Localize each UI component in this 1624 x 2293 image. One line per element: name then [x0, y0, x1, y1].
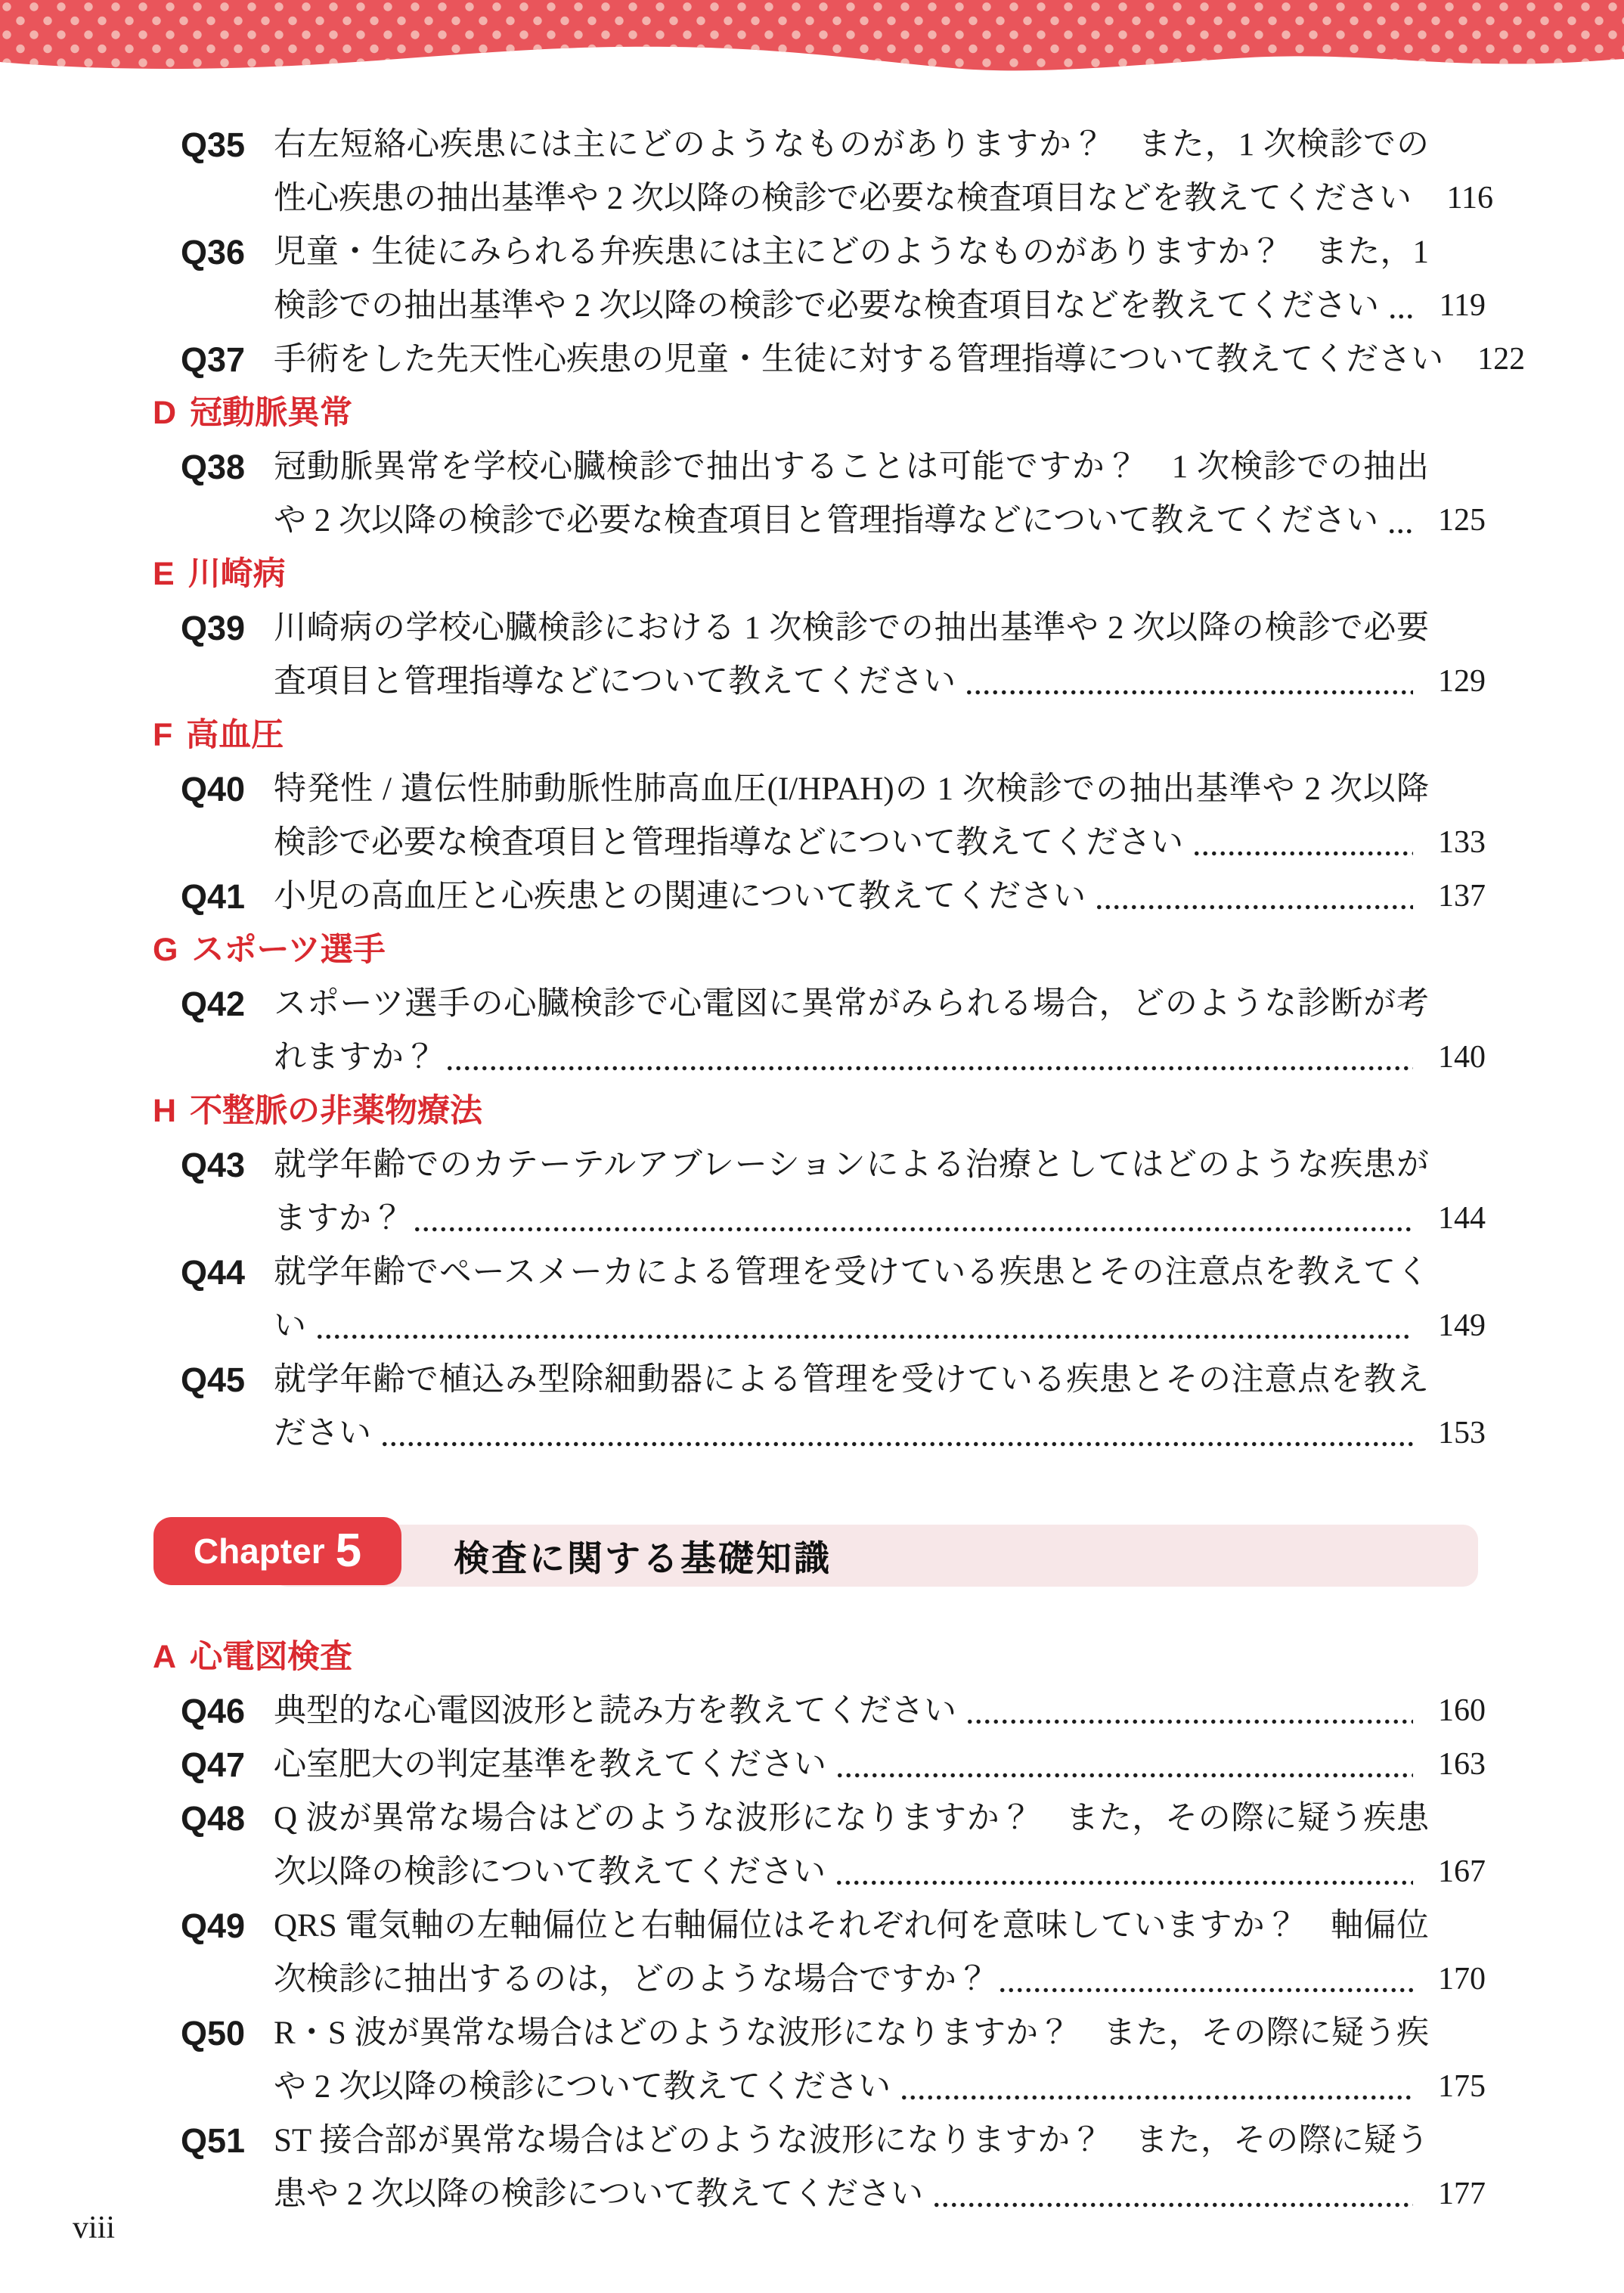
entry-text: 川崎病の学校心臓検診における 1 次検診での抽出基準や 2 次以降の検診で必要な…: [274, 601, 1429, 655]
entry-text: 検診での抽出基準や 2 次以降の検診で必要な検査項目などを教えてください: [274, 279, 1379, 333]
entry-text: Q 波が異常な場合はどのような波形になりますか？ また，その際に疑う疾患や 2: [274, 1792, 1429, 1845]
page-number: 116: [1433, 172, 1493, 225]
page-number: 160: [1425, 1684, 1486, 1738]
section-title: 高血圧: [186, 709, 284, 762]
toc-section-heading: D冠動脈異常: [0, 386, 1624, 440]
dot-leader: [380, 1441, 1413, 1447]
page-number: 175: [1425, 2060, 1486, 2114]
entry-text: や 2 次以降の検診について教えてください: [274, 2060, 891, 2114]
section-title: 心電図検査: [190, 1631, 352, 1684]
dot-leader: [1192, 851, 1413, 856]
section-letter: G: [153, 923, 178, 977]
toc-section-heading: F高血圧: [0, 709, 1624, 762]
toc-entry-q45-line-2: ださい153: [0, 1407, 1624, 1460]
section-letter: H: [153, 1084, 176, 1138]
toc-entry-q44-line-2: い149: [0, 1299, 1624, 1353]
page-number: 122: [1464, 333, 1525, 386]
page-number: 125: [1425, 494, 1486, 548]
section-title: 冠動脈異常: [190, 386, 352, 440]
page-number: 177: [1425, 2167, 1486, 2221]
page-number: 119: [1425, 279, 1486, 333]
toc-entry-q39-line-1: Q39川崎病の学校心臓検診における 1 次検診での抽出基準や 2 次以降の検診で…: [0, 601, 1624, 655]
q-label: Q45: [181, 1353, 274, 1407]
entry-text: 検診で必要な検査項目と管理指導などについて教えてください: [274, 816, 1183, 870]
dot-leader: [965, 1719, 1413, 1724]
toc-entry-q47-line-1: Q47心室肥大の判定基準を教えてください163: [0, 1738, 1624, 1792]
page-number: 149: [1425, 1299, 1486, 1353]
dot-leader: [835, 1880, 1413, 1885]
toc-entry-q45-line-1: Q45就学年齢で植込み型除細動器による管理を受けている疾患とその注意点を教えてく: [0, 1353, 1624, 1407]
entry-text: 手術をした先天性心疾患の児童・生徒に対する管理指導について教えてください: [274, 333, 1443, 386]
q-label: Q38: [181, 440, 274, 494]
page-number: 133: [1425, 816, 1486, 870]
q-label: Q35: [181, 118, 274, 172]
toc-entry-q40-line-2: 検診で必要な検査項目と管理指導などについて教えてください133: [0, 816, 1624, 870]
page-number: 167: [1425, 1845, 1486, 1899]
toc-entry-q36-line-1: Q36児童・生徒にみられる弁疾患には主にどのようなものがありますか？ また，1 …: [0, 225, 1624, 279]
toc-entry-q50-line-1: Q50R・S 波が異常な場合はどのような波形になりますか？ また，その際に疑う疾…: [0, 2006, 1624, 2060]
entry-text: 次以降の検診について教えてください: [274, 1845, 826, 1899]
q-label: Q39: [181, 601, 274, 655]
toc-entry-q43-line-1: Q43就学年齢でのカテーテルアブレーションによる治療としてはどのような疾患があり: [0, 1138, 1624, 1192]
entry-text: れますか？: [274, 1031, 436, 1084]
dot-leader: [413, 1227, 1413, 1232]
toc-entry-q41-line-1: Q41小児の高血圧と心疾患との関連について教えてください137: [0, 870, 1624, 923]
dot-leader: [1387, 529, 1413, 534]
toc-entry-q48-line-1: Q48Q 波が異常な場合はどのような波形になりますか？ また，その際に疑う疾患や…: [0, 1792, 1624, 1845]
q-label: Q44: [181, 1246, 274, 1299]
q-label: Q43: [181, 1138, 274, 1192]
q-label: Q47: [181, 1738, 274, 1792]
page-number: 144: [1425, 1192, 1486, 1246]
q-label: Q41: [181, 870, 274, 923]
dot-leader: [835, 1773, 1413, 1778]
entry-text: い: [274, 1299, 306, 1353]
entry-text: 性心疾患の抽出基準や 2 次以降の検診で必要な検査項目などを教えてください: [274, 172, 1412, 225]
q-label: Q50: [181, 2006, 274, 2060]
toc-entry-q43-line-2: ますか？144: [0, 1192, 1624, 1246]
entry-text: 査項目と管理指導などについて教えてください: [274, 655, 956, 709]
page-number: 137: [1425, 870, 1486, 923]
page-number: 163: [1425, 1738, 1486, 1792]
entry-text: スポーツ選手の心臓検診で心電図に異常がみられる場合，どのような診断が考えら: [274, 977, 1429, 1031]
page-number: 129: [1425, 655, 1486, 709]
toc-section-heading: A心電図検査: [0, 1631, 1624, 1684]
entry-text: や 2 次以降の検診で必要な検査項目と管理指導などについて教えてください: [274, 494, 1378, 548]
q-label: Q36: [181, 225, 274, 279]
chapter-badge-word: Chapter: [194, 1531, 325, 1572]
section-title: 不整脈の非薬物療法: [190, 1084, 482, 1138]
q-label: Q51: [181, 2114, 274, 2167]
entry-text: 患や 2 次以降の検診について教えてください: [274, 2167, 923, 2221]
toc-entry-q39-line-2: 査項目と管理指導などについて教えてください129: [0, 655, 1624, 709]
toc-entry-q42-line-1: Q42スポーツ選手の心臓検診で心電図に異常がみられる場合，どのような診断が考えら: [0, 977, 1624, 1031]
toc-entry-q38-line-2: や 2 次以降の検診で必要な検査項目と管理指導などについて教えてください125: [0, 494, 1624, 548]
section-title: スポーツ選手: [191, 923, 385, 977]
folio-page-number: viii: [73, 2210, 115, 2246]
toc-section-heading: Gスポーツ選手: [0, 923, 1624, 977]
section-letter: D: [153, 386, 176, 440]
entry-text: 特発性 / 遺伝性肺動脈性肺高血圧(I/HPAH)の 1 次検診での抽出基準や …: [274, 762, 1429, 816]
dot-leader: [1388, 314, 1413, 319]
band-wave-dots-overlay: [0, 0, 1624, 70]
page-number: 170: [1425, 1953, 1486, 2006]
toc-entry-q38-line-1: Q38冠動脈異常を学校心臓検診で抽出することは可能ですか？ 1 次検診での抽出基…: [0, 440, 1624, 494]
toc-entry-q36-line-2: 検診での抽出基準や 2 次以降の検診で必要な検査項目などを教えてください119: [0, 279, 1624, 333]
page-number: 153: [1425, 1407, 1486, 1460]
entry-text: 就学年齢で植込み型除細動器による管理を受けている疾患とその注意点を教えてく: [274, 1353, 1429, 1407]
toc-entry-q42-line-2: れますか？140: [0, 1031, 1624, 1084]
q-label: Q49: [181, 1899, 274, 1953]
table-of-contents: Q35右左短絡心疾患には主にどのようなものがありますか？ また，1 次検診での先…: [0, 118, 1624, 2221]
page-number: 140: [1425, 1031, 1486, 1084]
chapter-heading-block: Chapter 5 検査に関する基礎知識: [0, 1460, 1624, 1631]
toc-entry-q44-line-1: Q44就学年齢でペースメーカによる管理を受けている疾患とその注意点を教えてくださ: [0, 1246, 1624, 1299]
entry-text: 就学年齢でのカテーテルアブレーションによる治療としてはどのような疾患があり: [274, 1138, 1429, 1192]
entry-text: ますか？: [274, 1192, 404, 1246]
section-letter: A: [153, 1631, 176, 1684]
toc-entry-q35-line-2: 性心疾患の抽出基準や 2 次以降の検診で必要な検査項目などを教えてください116: [0, 172, 1624, 225]
dot-leader: [315, 1334, 1413, 1339]
dot-leader: [900, 2095, 1413, 2100]
entry-text: 児童・生徒にみられる弁疾患には主にどのようなものがありますか？ また，1 次: [274, 225, 1429, 279]
entry-text: ださい: [274, 1407, 371, 1460]
q-label: Q37: [181, 333, 274, 386]
entry-text: 就学年齢でペースメーカによる管理を受けている疾患とその注意点を教えてくださ: [274, 1246, 1429, 1299]
dot-leader: [932, 2202, 1413, 2208]
q-label: Q42: [181, 977, 274, 1031]
toc-section-heading: E川崎病: [0, 548, 1624, 601]
dot-leader: [445, 1066, 1413, 1071]
entry-text: 典型的な心電図波形と読み方を教えてください: [274, 1684, 956, 1738]
entry-text: 次検診に抽出するのは，どのような場合ですか？: [274, 1953, 989, 2006]
toc-entry-q35-line-1: Q35右左短絡心疾患には主にどのようなものがありますか？ また，1 次検診での先…: [0, 118, 1624, 172]
chapter-title: 検査に関する基礎知識: [454, 1525, 832, 1587]
q-label: Q46: [181, 1684, 274, 1738]
dot-leader: [965, 690, 1413, 695]
entry-text: 心室肥大の判定基準を教えてください: [274, 1738, 826, 1792]
section-title: 川崎病: [188, 548, 286, 601]
q-label: Q48: [181, 1792, 274, 1845]
entry-text: 小児の高血圧と心疾患との関連について教えてください: [274, 870, 1086, 923]
q-label: Q40: [181, 762, 274, 816]
polka-dot-header-band: [0, 0, 1624, 83]
toc-entry-q51-line-1: Q51ST 接合部が異常な場合はどのような波形になりますか？ また，その際に疑う…: [0, 2114, 1624, 2167]
chapter-badge-number: 5: [336, 1528, 361, 1575]
entry-text: ST 接合部が異常な場合はどのような波形になりますか？ また，その際に疑う疾: [274, 2114, 1429, 2167]
entry-text: R・S 波が異常な場合はどのような波形になりますか？ また，その際に疑う疾患: [274, 2006, 1429, 2060]
entry-text: 右左短絡心疾患には主にどのようなものがありますか？ また，1 次検診での先天: [274, 118, 1429, 172]
dot-leader: [1095, 904, 1413, 910]
toc-section-heading: H不整脈の非薬物療法: [0, 1084, 1624, 1138]
toc-entry-q50-line-2: や 2 次以降の検診について教えてください175: [0, 2060, 1624, 2114]
toc-entry-q37-line-1: Q37手術をした先天性心疾患の児童・生徒に対する管理指導について教えてください1…: [0, 333, 1624, 386]
section-letter: E: [153, 548, 175, 601]
chapter-badge: Chapter 5: [153, 1517, 401, 1585]
toc-entry-q51-line-2: 患や 2 次以降の検診について教えてください177: [0, 2167, 1624, 2221]
toc-entry-q46-line-1: Q46典型的な心電図波形と読み方を教えてください160: [0, 1684, 1624, 1738]
entry-text: QRS 電気軸の左軸偏位と右軸偏位はそれぞれ何を意味していますか？ 軸偏位で 2: [274, 1899, 1429, 1953]
book-toc-page: { "colors": { "band_red": "#e9555b", "ba…: [0, 0, 1624, 2293]
toc-entry-q40-line-1: Q40特発性 / 遺伝性肺動脈性肺高血圧(I/HPAH)の 1 次検診での抽出基…: [0, 762, 1624, 816]
dot-leader: [998, 1987, 1413, 1993]
section-letter: F: [153, 709, 172, 762]
toc-entry-q49-line-1: Q49QRS 電気軸の左軸偏位と右軸偏位はそれぞれ何を意味していますか？ 軸偏位…: [0, 1899, 1624, 1953]
toc-entry-q49-line-2: 次検診に抽出するのは，どのような場合ですか？170: [0, 1953, 1624, 2006]
entry-text: 冠動脈異常を学校心臓検診で抽出することは可能ですか？ 1 次検診での抽出基準: [274, 440, 1429, 494]
toc-entry-q48-line-2: 次以降の検診について教えてください167: [0, 1845, 1624, 1899]
